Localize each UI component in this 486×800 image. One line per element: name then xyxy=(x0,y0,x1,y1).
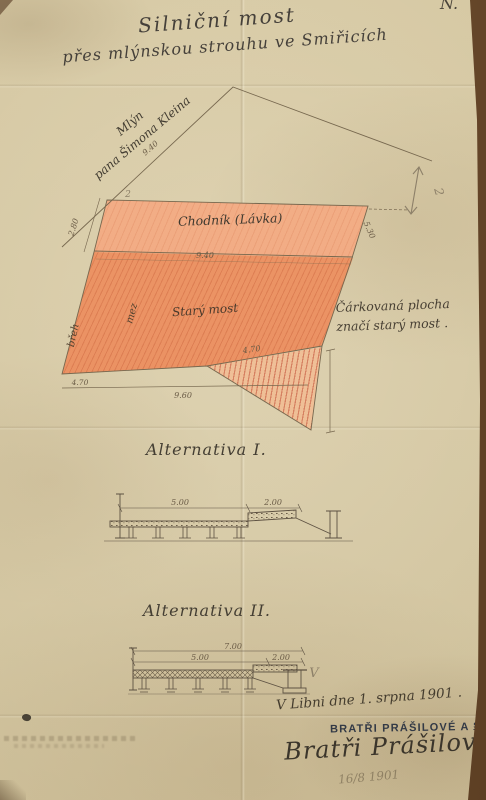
pencil-double-arrow xyxy=(405,167,423,214)
alt1-dim-left: 5.00 xyxy=(171,498,189,507)
pencil-check-mark: V xyxy=(309,666,320,681)
plan-dimensions: 9.40 2.80 9.40 5.30 4.70 4.70 9.60 2 2 xyxy=(66,139,446,400)
pencil-scribbles xyxy=(4,736,136,741)
plan-linework: 9.40 2.80 9.40 5.30 4.70 4.70 9.60 2 2 5… xyxy=(0,0,486,800)
dim-label-below-walkway: 9.40 xyxy=(196,251,214,260)
pencil-scribbles xyxy=(14,744,104,748)
section-alt1-drawing xyxy=(104,494,353,541)
alternativa1-heading: Alternativa I. xyxy=(146,440,267,459)
alt2-dim-right: 2.00 xyxy=(271,653,290,662)
pencil-mark-top-left: 2 xyxy=(124,190,131,200)
alt2-dim-left: 5.00 xyxy=(191,653,209,662)
note-line2: značí starý most . xyxy=(336,313,451,336)
alt1-dim-right: 2.00 xyxy=(263,498,282,507)
hatched-area-note: Čárkovaná plocha značí starý most . xyxy=(335,294,450,337)
dim-label-bottom-left: 4.70 xyxy=(71,378,89,387)
dim-label-bottom: 9.60 xyxy=(174,391,192,400)
corner-pencil-mark: N. xyxy=(440,0,458,13)
alternativa2-heading: Alternativa II. xyxy=(143,601,271,620)
alt2-dim-top: 7.00 xyxy=(224,642,242,651)
dim-label-inner: 4.70 xyxy=(241,344,261,356)
pencil-mark-right: 2 xyxy=(431,185,447,197)
dim-label-left-edge: 2.80 xyxy=(66,217,80,238)
photo-edge-bottom-left xyxy=(0,780,26,800)
dim-label-right-edge: 5.30 xyxy=(362,220,377,240)
scanned-bridge-plan: 9.40 2.80 9.40 5.30 4.70 4.70 9.60 2 2 5… xyxy=(0,0,486,800)
section-alt1-dimensions: 5.00 2.00 xyxy=(171,498,282,507)
